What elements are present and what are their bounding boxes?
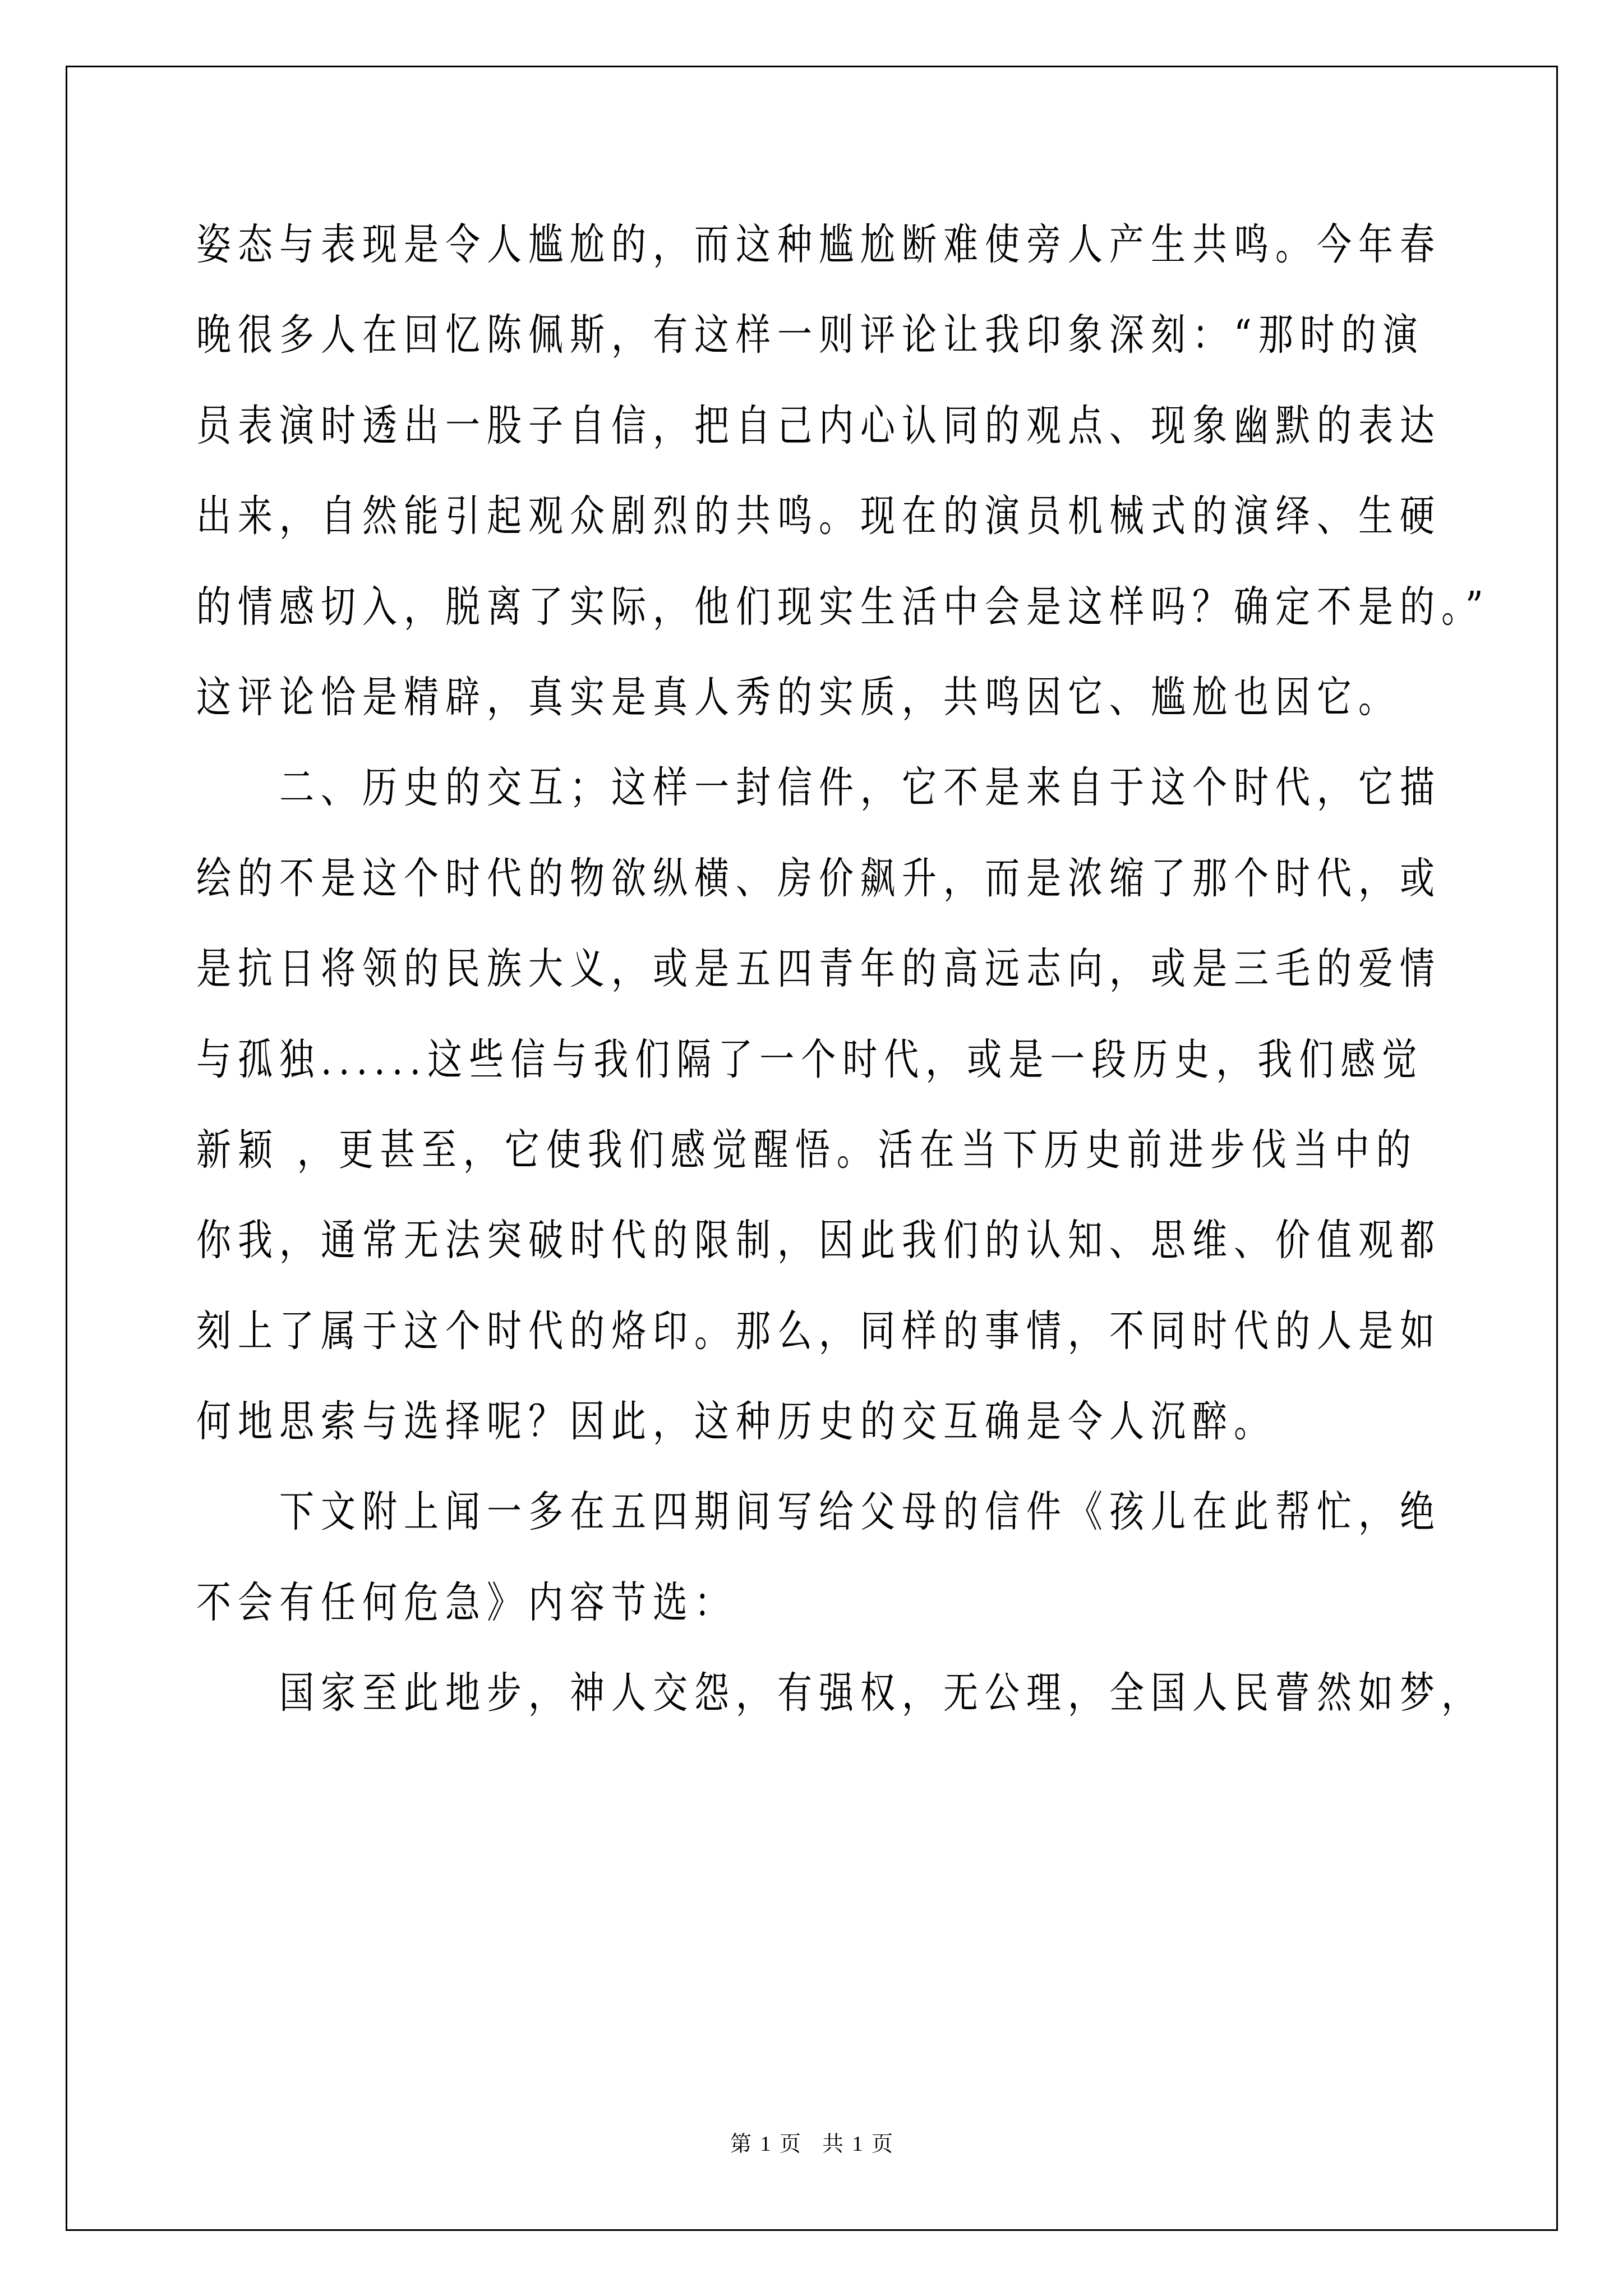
quoted-letter-line: 国家至此地步，神人交怨，有强权，无公理，全国人民瞢然如梦， [196, 1637, 1430, 1748]
document-body: 姿态与表现是令人尴尬的，而这种尴尬断难使旁人产生共鸣。今年春 晚很多人在回忆陈佩… [196, 199, 1430, 1738]
page-number-footer: 第 1 页 共 1 页 [0, 2126, 1623, 2157]
